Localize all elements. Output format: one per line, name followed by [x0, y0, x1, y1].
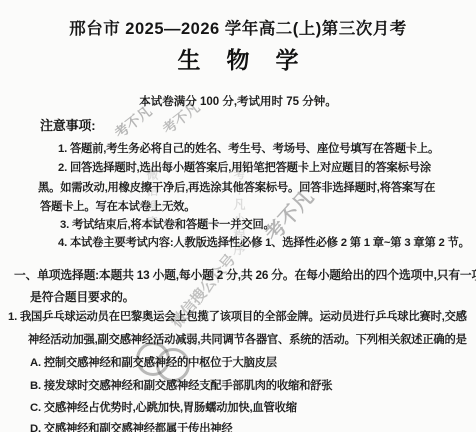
notice-line: 答题卡上。写在本试卷上无效。 — [40, 198, 195, 214]
subject-title: 生物学 — [0, 42, 476, 75]
option-b: B. 接发球时交感神经和副交感神经支配手部肌肉的收缩和舒张 — [30, 377, 332, 393]
section-heading-line: 一、单项选择题:本题共 13 小题,每小题 2 分,共 26 分。在每小题给出的… — [14, 266, 476, 283]
question-text-line: 神经活动加强,副交感神经活动减弱,共同调节各器官、系统的活动。下列相关叙述正确的… — [28, 331, 467, 347]
notice-line: 1. 答题前,考生务必将自己的姓名、考生号、考场号、座位号填写在答题卡上。 — [58, 140, 439, 156]
option-d: D. 交感神经和副交感神经都属于传出神经 — [30, 420, 232, 432]
notice-heading: 注意事项: — [40, 115, 95, 134]
section-heading-line: 是符合题目要求的。 — [30, 288, 134, 305]
notice-line: 3. 考试结束后,将本试卷和答题卡一并交回。 — [60, 216, 275, 232]
exam-meta-info: 本试卷满分 100 分,考试用时 75 分钟。 — [0, 93, 476, 109]
exam-title: 邢台市 2025—2026 学年高二(上)第三次月考 — [0, 15, 476, 39]
question-text-line: 1. 我国乒乓球运动员在巴黎奥运会上包揽了该项目的全部金牌。运动员进行乒乓球比赛… — [8, 308, 467, 324]
notice-line: 2. 回答选择题时,选出每小题答案后,用铅笔把答题卡上对应题目的答案标号涂 — [58, 159, 431, 175]
notice-line: 4. 本试卷主要考试内容:人教版选择性必修 1、选择性必修 2 第 1 章~第 … — [58, 234, 470, 250]
notice-line: 黑。如需改动,用橡皮擦干净后,再选涂其他答案标号。回答非选择题时,将答案写在 — [38, 179, 435, 195]
exam-paper-page: 考不凡 考不凡 考不凡 微信搜索 考不凡小程序 微信搜公众号 邢台市 2025—… — [0, 0, 476, 432]
option-c: C. 交感神经占优势时,心跳加快,胃肠蠕动加快,血管收缩 — [30, 399, 297, 415]
option-a: A. 控制交感神经和副交感神经的中枢位于大脑皮层 — [30, 354, 277, 370]
